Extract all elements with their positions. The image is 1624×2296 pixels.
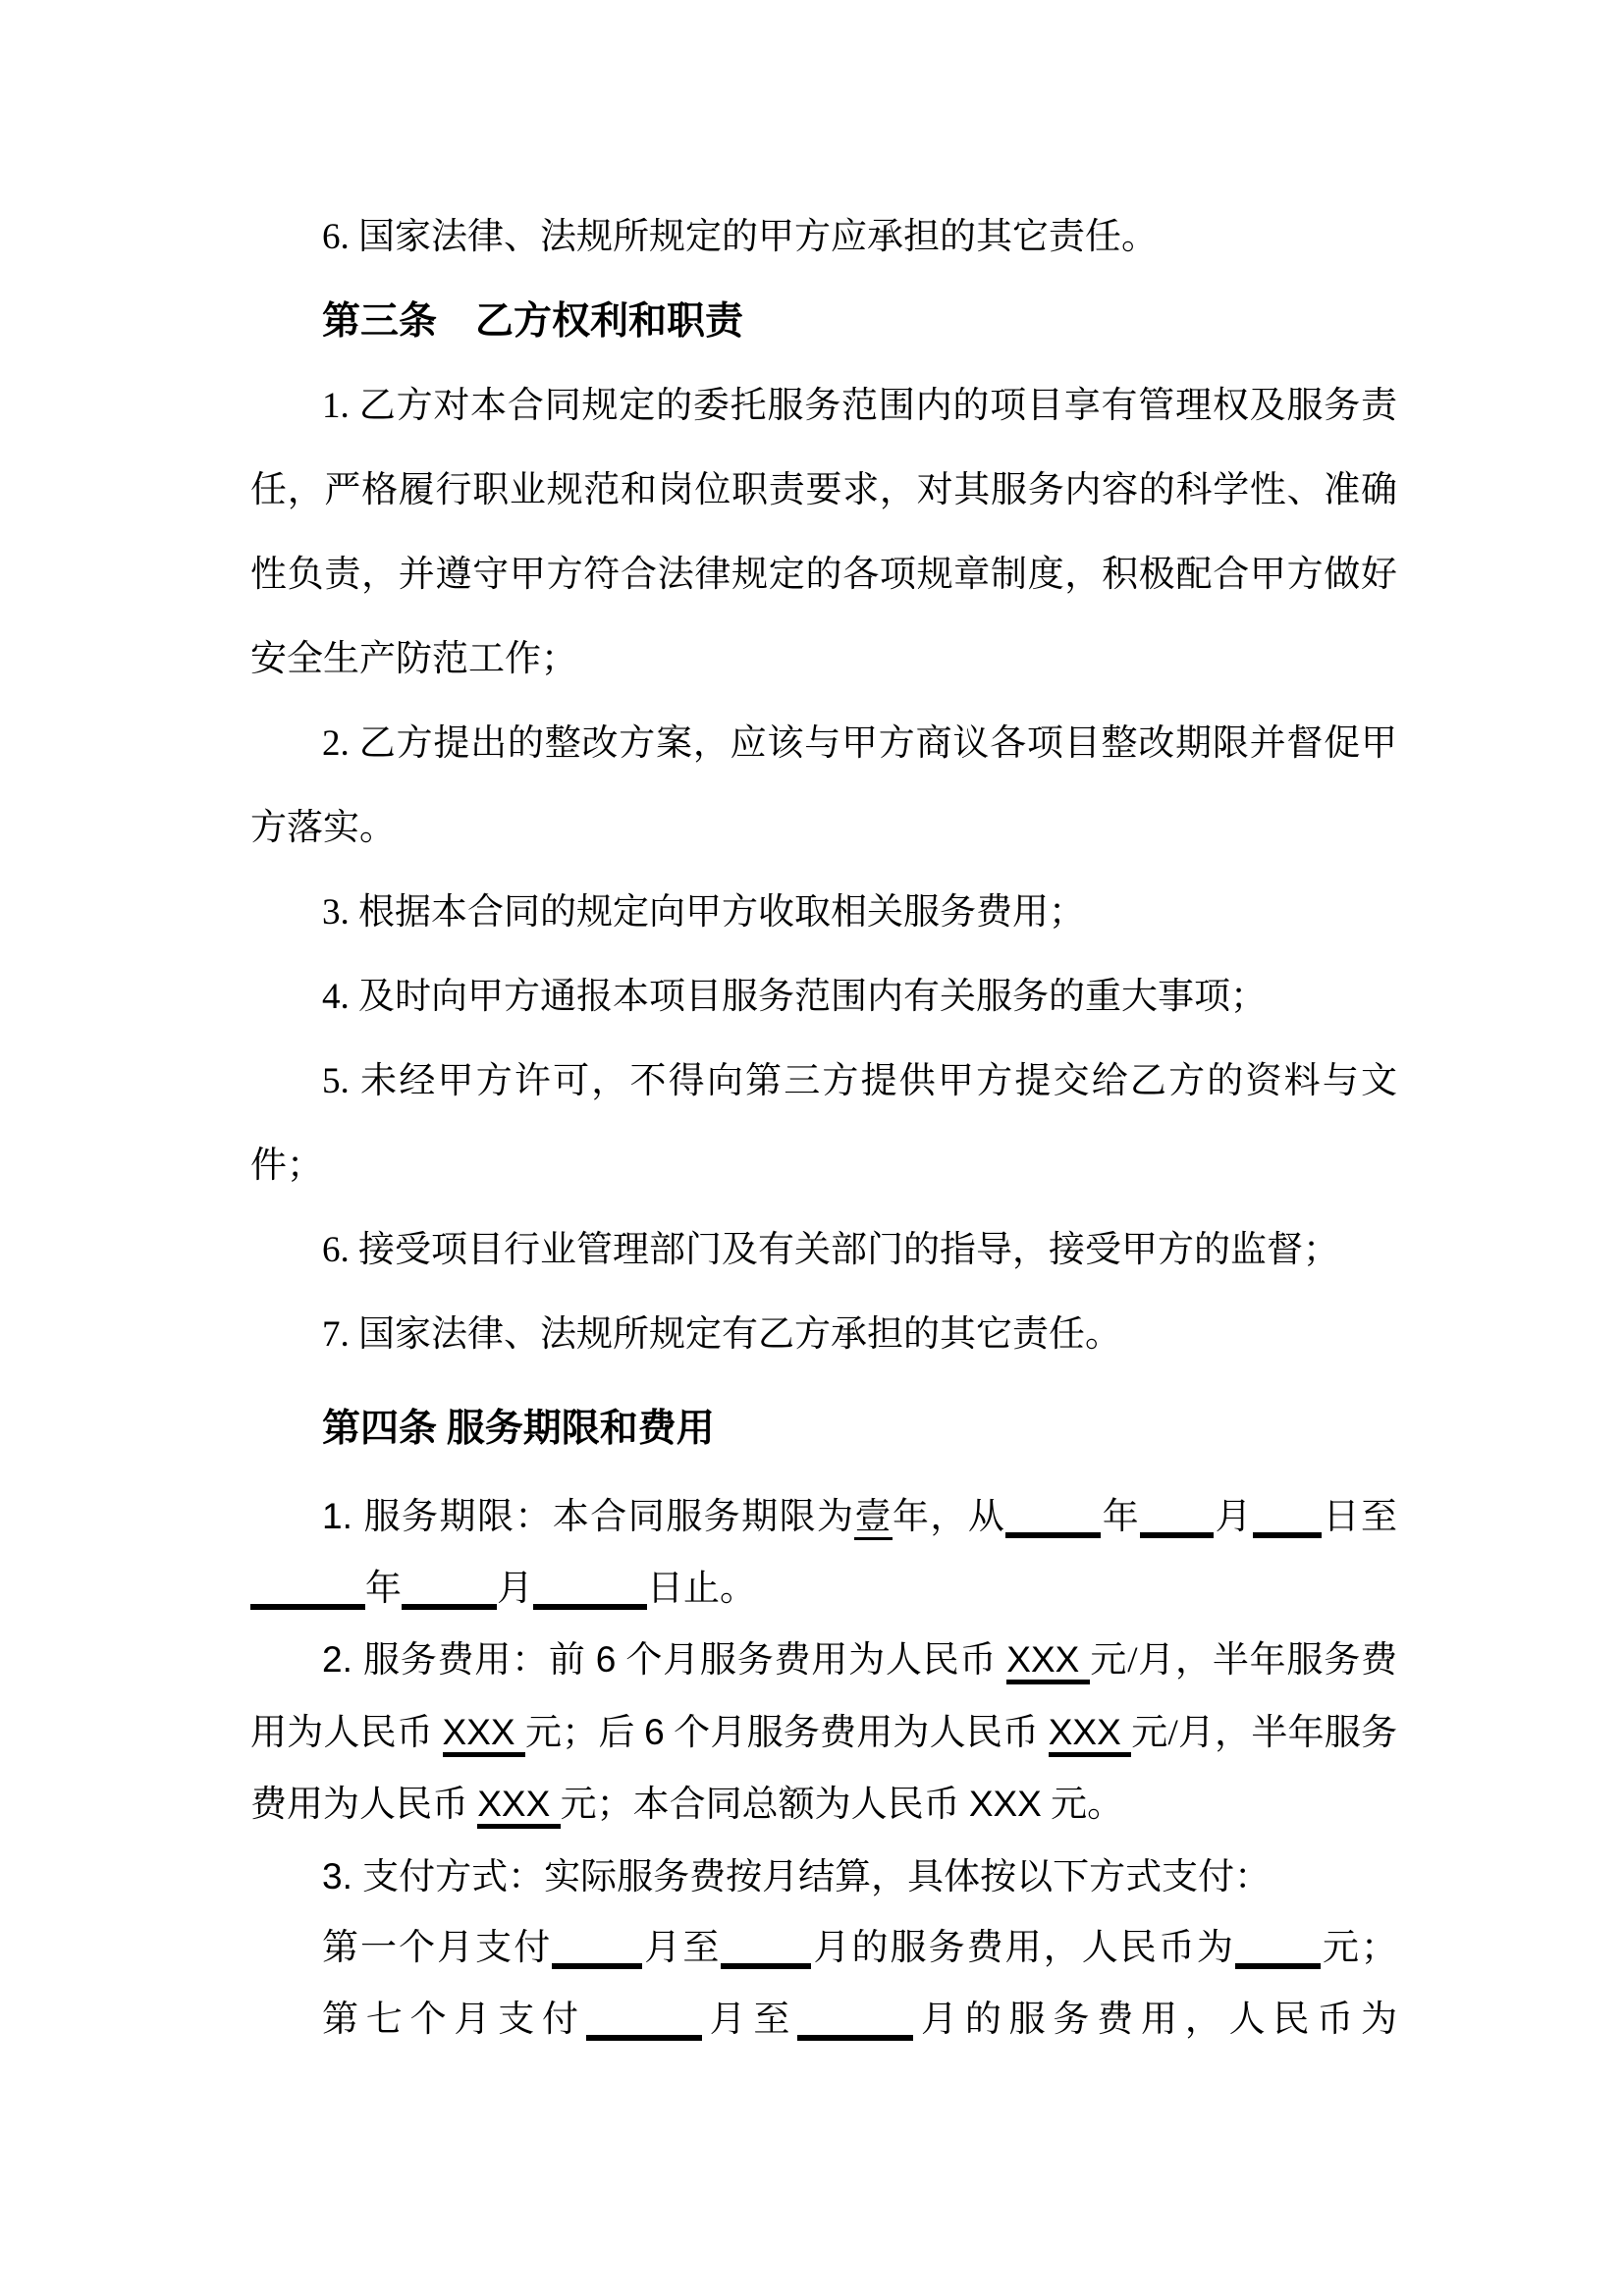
inline-text: 2. xyxy=(322,1639,363,1680)
amount-placeholder: XXX xyxy=(1049,1712,1132,1757)
article-3-section: 6. 国家法律、法规所规定的甲方应承担的其它责任。第三条 乙方权利和职责1. 乙… xyxy=(250,195,1397,1377)
heading-article-3: 第三条 乙方权利和职责 xyxy=(250,280,1397,364)
clause4-item-2-service-fee: 2. 服务费用：前 6 个月服务费用为人民币 XXX 元/月，半年服务费用为人民… xyxy=(250,1625,1397,1842)
amount-placeholder: XXX xyxy=(443,1712,526,1757)
document-content: 6. 国家法律、法规所规定的甲方应承担的其它责任。第三条 乙方权利和职责1. 乙… xyxy=(250,195,1397,2056)
blank-underline xyxy=(1140,1532,1214,1538)
article-4-heading-slot: 第四条 服务期限和费用 xyxy=(250,1386,1397,1471)
clause4-item-3-payment-method: 3. 支付方式：实际服务费按月结算，具体按以下方式支付： xyxy=(250,1842,1397,1914)
amount-placeholder: XXX xyxy=(1006,1639,1090,1684)
blank-underline xyxy=(533,1604,647,1610)
clause3-item-5: 5. 未经甲方许可，不得向第三方提供甲方提交给乙方的资料与文件； xyxy=(250,1040,1397,1208)
amount-placeholder: 6 xyxy=(596,1639,617,1680)
clause4-item-1-service-term: 1. 服务期限：本合同服务期限为壹年，从年月日至年月日止。 xyxy=(250,1481,1397,1625)
clause2-item-6: 6. 国家法律、法规所规定的甲方应承担的其它责任。 xyxy=(250,195,1397,280)
clause4-payment-month-1: 第一个月支付月至月的服务费用，人民币为元； xyxy=(250,1913,1397,1985)
blank-underline xyxy=(402,1604,497,1610)
clause4-payment-month-7: 第七个月支付月至月的服务费用，人民币为 xyxy=(250,1985,1397,2056)
heading-article-4: 第四条 服务期限和费用 xyxy=(250,1386,1397,1471)
clause3-item-4: 4. 及时向甲方通报本项目服务范围内有关服务的重大事项； xyxy=(250,955,1397,1040)
clause3-item-7: 7. 国家法律、法规所规定有乙方承担的其它责任。 xyxy=(250,1293,1397,1377)
blank-underline xyxy=(1005,1532,1101,1538)
amount-placeholder: XXX xyxy=(477,1784,560,1829)
blank-underline xyxy=(721,1963,811,1969)
blank-underline xyxy=(1235,1963,1321,1969)
blank-underline xyxy=(797,2035,913,2041)
amount-placeholder: XXX xyxy=(969,1784,1042,1824)
blank-underline xyxy=(1253,1532,1322,1538)
blank-underline xyxy=(586,2035,702,2041)
contract-page: 6. 国家法律、法规所规定的甲方应承担的其它责任。第三条 乙方权利和职责1. 乙… xyxy=(0,0,1624,2296)
blank-underline xyxy=(250,1604,365,1610)
clause3-item-6: 6. 接受项目行业管理部门及有关部门的指导，接受甲方的监督； xyxy=(250,1208,1397,1293)
clause3-item-1: 1. 乙方对本合同规定的委托服务范围内的项目享有管理权及服务责任，严格履行职业规… xyxy=(250,364,1397,702)
clause3-item-2: 2. 乙方提出的整改方案，应该与甲方商议各项目整改期限并督促甲方落实。 xyxy=(250,702,1397,871)
blank-underline xyxy=(552,1963,642,1969)
clause3-item-3: 3. 根据本合同的规定向甲方收取相关服务费用； xyxy=(250,871,1397,955)
inline-text: 1. xyxy=(322,1496,364,1536)
article-4-section: 1. 服务期限：本合同服务期限为壹年，从年月日至年月日止。2. 服务费用：前 6… xyxy=(250,1481,1397,2056)
inline-text: 3. xyxy=(322,1856,362,1896)
amount-placeholder: 6 xyxy=(644,1712,665,1752)
inline-text: 壹 xyxy=(854,1497,892,1540)
